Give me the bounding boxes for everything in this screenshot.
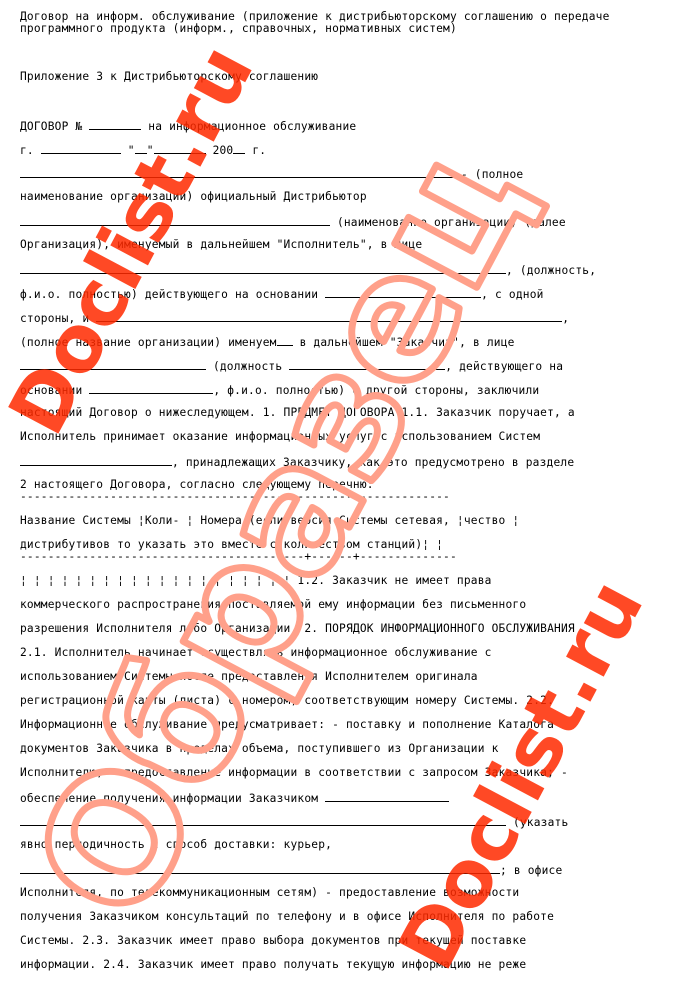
table-header-row: Название Системы ¦Коли- ¦ Номера (если в…: [20, 514, 519, 528]
text-line: Исполнителя, по телекоммуникационным сет…: [20, 886, 519, 900]
text-line: Исполнитель принимает оказание информаци…: [20, 430, 540, 444]
appendix-heading: Приложение 3 к Дистрибьюторскому соглаше…: [20, 70, 318, 84]
table-row: ¦ ¦ ¦ ¦ ¦ ¦ ¦ ¦ ¦ ¦ ¦ ¦ ¦ ¦ ¦ ¦ ¦ ¦ ¦ ¦ …: [20, 574, 492, 588]
text-line: 2.1. Исполнитель начинает осуществлять и…: [20, 646, 492, 660]
courier-line: ; в офисе: [20, 862, 562, 876]
text-line: настоящий Договор о нижеследующем. 1. ПР…: [20, 406, 575, 420]
text-line: Системы. 2.3. Заказчик имеет право выбор…: [20, 934, 526, 948]
city-blank: [41, 142, 121, 154]
text-line: коммерческого распространения поставляем…: [20, 598, 526, 612]
contract-number-blank: [89, 118, 141, 130]
basis-line: ф.и.о. полностью) действующего на основа…: [20, 286, 544, 300]
distributor-line: (наименование организации) (далее: [20, 214, 566, 228]
text-line: документов Заказчика в пределах объема, …: [20, 742, 499, 756]
delivery-line: обеспечение получения информации Заказчи…: [20, 790, 449, 804]
text-line: наименование организации) официальный Ди…: [20, 190, 367, 204]
text-line: Организация), именуемый в дальнейшем "Ис…: [20, 238, 422, 252]
table-rule: ----------------------------------------…: [20, 490, 450, 504]
customer-basis-line: основании , ф.и.о. полностью) с другой с…: [20, 382, 539, 396]
text-line: регистрационной карты (листа) с номером,…: [20, 694, 554, 708]
position-line: , (должность,: [20, 262, 596, 276]
other-party-line: стороны, и ,: [20, 310, 569, 324]
text-line: Исполнителю; - предоставление информации…: [20, 766, 568, 780]
table-rule: ----------------------------------------…: [20, 550, 457, 564]
text-line: получения Заказчиком консультаций по тел…: [20, 910, 554, 924]
text-line: разрешения Исполнителя либо Организации.…: [20, 622, 575, 636]
text-line: Информационное обслуживание предусматрив…: [20, 718, 554, 732]
customer-position-line: (должность , действующего на: [20, 358, 563, 372]
org-name-line: - (полное: [20, 166, 523, 180]
text-line: явно периодичность и способ доставки: ку…: [20, 838, 332, 852]
text-line: использованием Системы после предоставле…: [20, 670, 478, 684]
systems-line: , принадлежащих Заказчику, как это преду…: [20, 454, 574, 468]
customer-line: (полное название организации) именуем в …: [20, 334, 515, 348]
text-line: информации. 2.4. Заказчик имеет право по…: [20, 958, 526, 972]
delivery-spec-line: (указать: [20, 814, 568, 828]
city-date-line: г. "" 200 г.: [20, 142, 266, 156]
doc-title-line-2: программного продукта (информ., справочн…: [20, 22, 457, 36]
contract-number-line: ДОГОВОР № на информационное обслуживание: [20, 118, 356, 132]
